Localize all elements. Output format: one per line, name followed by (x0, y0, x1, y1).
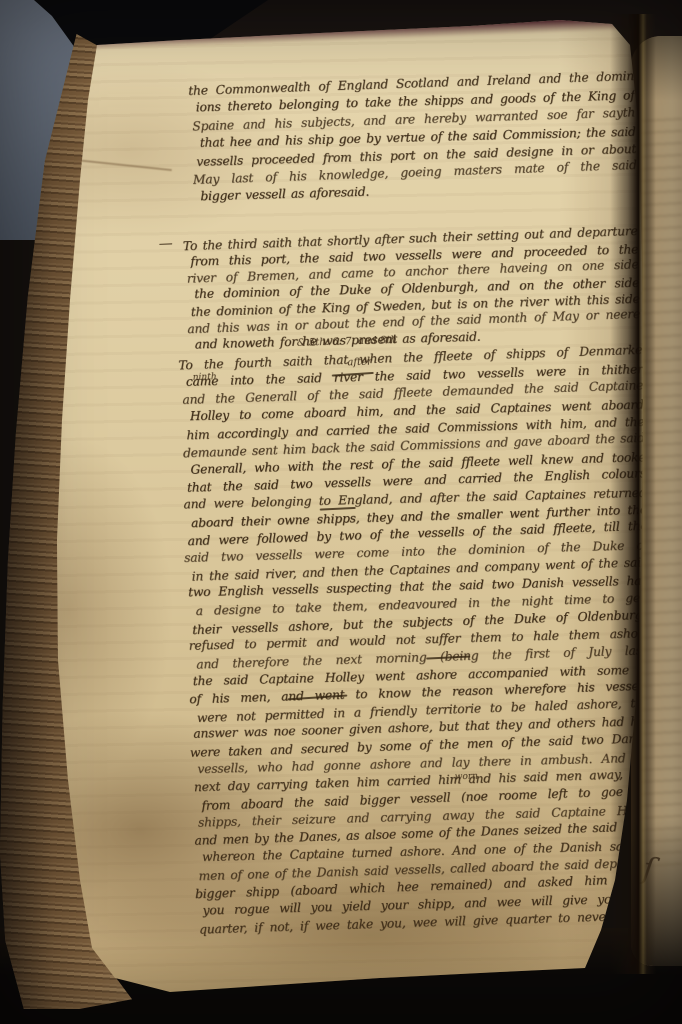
manuscript-photograph: ſ — the Commonwealth of England Scotland… (0, 0, 682, 1024)
paragraph-first: the Commonwealth of England Scotland and… (193, 69, 638, 207)
gutter-shadow (610, 14, 656, 974)
interlinear-insertion: worn (455, 772, 479, 783)
interlinear-insertion: ninth (193, 372, 217, 383)
paragraph-second: To the third saith that shortly after su… (188, 224, 641, 354)
manuscript-page: — the Commonwealth of England Scotland a… (0, 0, 682, 1024)
interlinear-insertion: after (347, 357, 372, 369)
margin-mark: — (159, 236, 171, 252)
paragraph-third: To the fourth saith that when the ffleet… (183, 343, 659, 939)
handwritten-text: — the Commonwealth of England Scotland a… (0, 0, 682, 1024)
